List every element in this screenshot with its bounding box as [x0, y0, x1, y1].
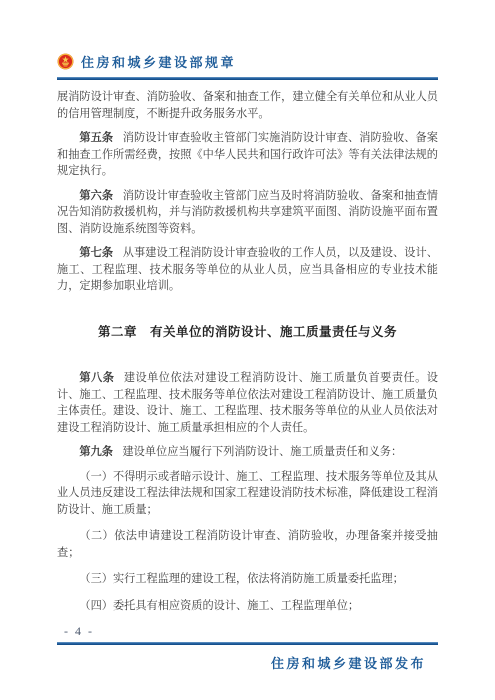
national-emblem-icon — [57, 53, 74, 70]
item-paragraph: （二）依法申请建设工程消防设计审查、消防验收，办理备案并接受抽查； — [57, 528, 438, 561]
page-content: 住房和城乡建设部规章 展消防设计审查、消防验收、备案和抽查工作，建立健全有关单位… — [57, 52, 438, 624]
publisher-label: 住房和城乡建设部发布 — [57, 653, 438, 672]
article-number: 第五条 — [79, 132, 113, 144]
footer-divider-line — [57, 642, 438, 645]
item-paragraph: （三）实行工程监理的建设工程，依法将消防施工质量委托监理； — [57, 571, 438, 588]
article-number: 第八条 — [79, 372, 114, 384]
page-number: - 4 - — [64, 624, 94, 639]
article-paragraph: 第六条消防设计审查验收主管部门应当及时将消防验收、备案和抽查情况告知消防救援机构… — [57, 188, 438, 238]
article-paragraph: 第七条从事建设工程消防设计审查验收的工作人员，以及建设、设计、施工、工程监理、技… — [57, 245, 438, 295]
document-body: 展消防设计审查、消防验收、备案和抽查工作，建立健全有关单位和从业人员的信用管理制… — [57, 89, 438, 614]
document-footer: - 4 - 住房和城乡建设部发布 — [57, 622, 438, 672]
article-paragraph: 第九条建设单位应当履行下列消防设计、施工质量责任和义务： — [57, 444, 438, 461]
document-header: 住房和城乡建设部规章 — [57, 52, 438, 71]
article-number: 第六条 — [79, 190, 113, 202]
article-number: 第七条 — [79, 247, 113, 259]
article-paragraph: 第五条消防设计审查验收主管部门实施消防设计审查、消防验收、备案和抽查工作所需经费… — [57, 130, 438, 180]
item-paragraph: （四）委托具有相应资质的设计、施工、工程监理单位； — [57, 598, 438, 615]
header-divider-line — [57, 77, 438, 80]
chapter-heading: 第二章 有关单位的消防设计、施工质量责任与义务 — [57, 324, 438, 341]
item-paragraph: （一）不得明示或者暗示设计、施工、工程监理、技术服务等单位及其从业人员违反建设工… — [57, 469, 438, 519]
article-paragraph: 第八条建设单位依法对建设工程消防设计、施工质量负首要责任。设计、施工、工程监理、… — [57, 370, 438, 436]
continuation-paragraph: 展消防设计审查、消防验收、备案和抽查工作，建立健全有关单位和从业人员的信用管理制… — [57, 89, 438, 122]
article-number: 第九条 — [79, 446, 113, 458]
document-page: 住房和城乡建设部规章 展消防设计审查、消防验收、备案和抽查工作，建立健全有关单位… — [0, 0, 495, 700]
document-series-title: 住房和城乡建设部规章 — [81, 52, 236, 71]
